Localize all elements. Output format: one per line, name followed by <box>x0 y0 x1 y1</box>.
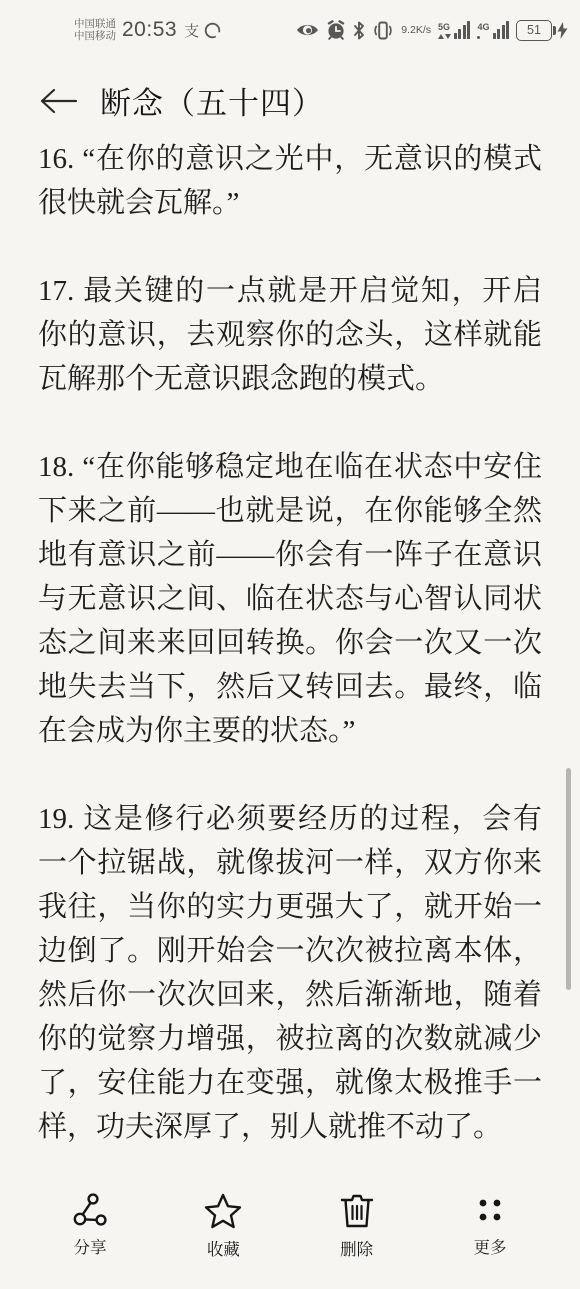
battery-nub <box>553 26 556 35</box>
signal-4g-label: 4G <box>477 23 489 32</box>
more-button[interactable]: 更多 <box>458 1193 522 1258</box>
star-icon <box>204 1193 242 1229</box>
paragraph-17: 17. 最关键的一点就是开启觉知，开启你的意识，去观察你的念头，这样就能瓦解那个… <box>38 269 542 401</box>
carrier-labels: 中国联通 中国移动 <box>74 18 116 42</box>
battery-indicator: 51 <box>516 20 568 41</box>
share-button[interactable]: 分享 <box>58 1193 122 1258</box>
battery-level: 51 <box>516 20 552 41</box>
share-icon <box>72 1193 108 1227</box>
signal-bars <box>493 21 510 39</box>
share-label: 分享 <box>74 1234 107 1258</box>
status-bar: 中国联通 中国移动 20:53 支 <box>0 0 580 60</box>
more-grid-icon <box>473 1193 507 1227</box>
carrier-primary: 中国联通 <box>74 18 116 30</box>
trash-icon <box>340 1193 374 1229</box>
paragraph-16: 16. “在你的意识之光中，无意识的模式很快就会瓦解。” <box>38 137 542 225</box>
vibrate-icon <box>372 21 394 40</box>
note-header: 断念（五十四） <box>0 60 580 131</box>
back-button[interactable] <box>40 88 78 114</box>
back-arrow-icon <box>40 88 78 114</box>
paragraph-18: 18. “在你能够稳定地在临在状态中安住下来之前——也就是说，在你能够全然地有意… <box>38 445 542 753</box>
carrier-secondary: 中国移动 <box>74 30 116 42</box>
favorite-label: 收藏 <box>207 1236 240 1260</box>
delete-label: 删除 <box>340 1236 373 1260</box>
signal-bars <box>454 21 471 39</box>
bottom-toolbar: 分享 收藏 删除 更多 <box>0 1179 580 1289</box>
delete-button[interactable]: 删除 <box>325 1193 389 1260</box>
data-arrows-icon <box>438 34 451 39</box>
paragraph-19: 19. 这是修行必须要经历的过程，会有一个拉锯战，就像拔河一样，双方你来我往，当… <box>38 797 542 1149</box>
more-label: 更多 <box>473 1234 506 1258</box>
favorite-button[interactable]: 收藏 <box>191 1193 255 1260</box>
charging-bolt-icon <box>557 22 568 39</box>
network-speed-value: 9.2 <box>401 25 416 35</box>
bluetooth-icon <box>353 21 365 40</box>
signal-5g-icon: 5G <box>438 21 471 39</box>
eye-comfort-icon <box>296 22 319 38</box>
clock-time: 20:53 <box>122 18 177 42</box>
signal-5g-label: 5G <box>438 23 450 32</box>
scrollbar-thumb[interactable] <box>566 768 571 990</box>
alarm-icon <box>326 20 346 40</box>
page-title: 断念（五十四） <box>100 78 324 123</box>
note-body: 16. “在你的意识之光中，无意识的模式很快就会瓦解。” 17. 最关键的一点就… <box>0 131 580 1149</box>
network-speed-unit: K/s <box>416 25 431 35</box>
circle-notification-icon <box>204 22 221 39</box>
network-speed: 9.2 K/s <box>401 25 431 35</box>
signal-4g-icon: 4G <box>477 21 509 39</box>
alipay-notification-icon: 支 <box>184 20 199 41</box>
